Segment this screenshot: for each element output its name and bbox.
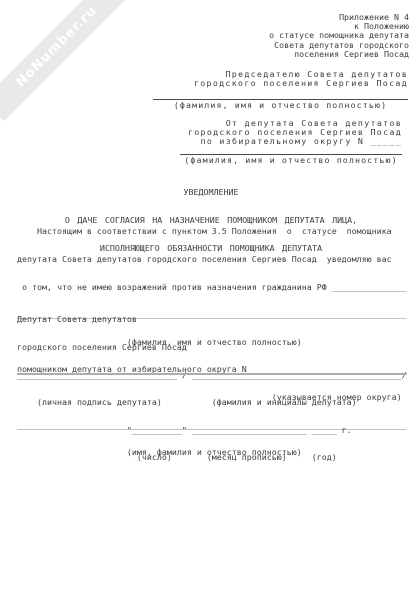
addressee-fill-in-label: (фамилия, имя и отчество полностью) <box>153 101 408 110</box>
watermark-ribbon: NoNumber.ru <box>0 0 131 121</box>
date-fill-in-label: (число) (месяц прописью) (год) <box>17 453 407 462</box>
date-fill-in-line: "__________" _______________________ ___… <box>17 426 407 435</box>
addressee-line: городского поселения Сергиев Посад <box>153 79 408 88</box>
body-line: о том, что не имею возражений против наз… <box>17 283 407 292</box>
signature-block: Депутат Совета депутатов городского посе… <box>17 297 407 481</box>
addressee-block: Председателю Совета депутатов городского… <box>153 70 408 111</box>
document-title-line: УВЕДОМЛЕНИЕ <box>15 188 407 197</box>
signature-fill-in-label: (личная подпись депутата) (фамилия и ини… <box>17 398 407 407</box>
annex-header-line: поселения Сергиев Посад <box>269 50 409 59</box>
from-deputy-line: по избирательному округу N _____ <box>180 137 402 146</box>
from-deputy-fill-in-label: (фамилия, имя и отчество полностью) <box>180 156 402 165</box>
bottom-divider <box>17 373 407 375</box>
signature-fill-in-line: ________________________________ / _____… <box>17 371 407 380</box>
body-line: депутата Совета депутатов городского пос… <box>17 255 407 264</box>
document-page: NoNumber.ru Приложение N 4 к Положению о… <box>0 0 420 600</box>
annex-header-block: Приложение N 4 к Положению о статусе пом… <box>269 13 409 59</box>
body-line: Настоящим в соответствии с пунктом 3.5 П… <box>17 227 407 236</box>
addressee-fill-in-line <box>153 88 408 100</box>
from-deputy-fill-in-line <box>180 147 402 155</box>
watermark-text: NoNumber.ru <box>13 3 100 90</box>
from-deputy-block: От депутата Совета депутатов городского … <box>180 119 402 165</box>
signature-line: Депутат Совета депутатов <box>17 315 407 324</box>
signature-line: городского поселения Сергиев Посад <box>17 343 407 352</box>
